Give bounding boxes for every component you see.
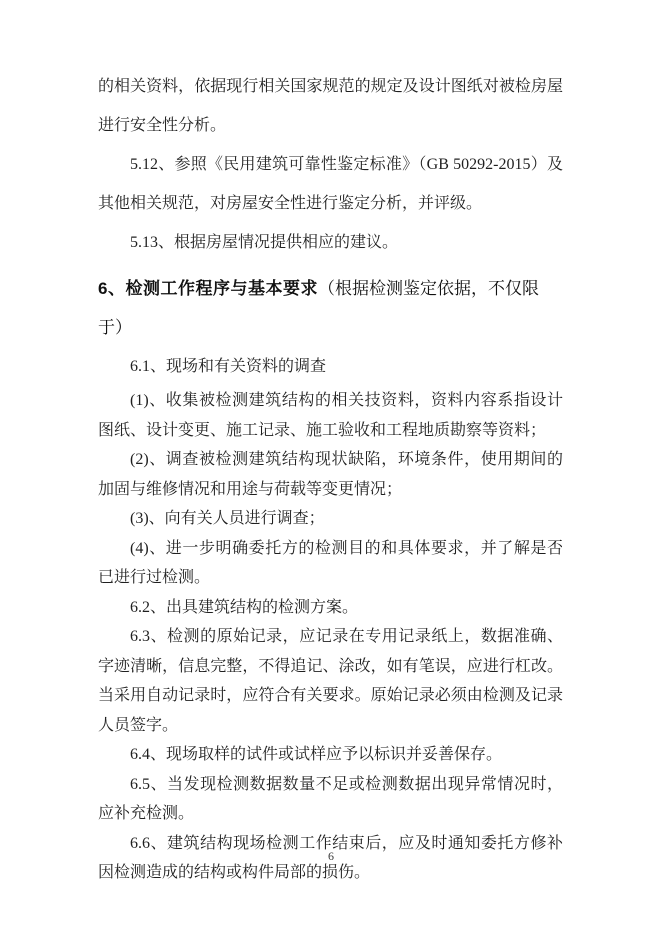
section-6-heading: 6、检测工作程序与基本要求（根据检测鉴定依据，不仅限于） xyxy=(98,269,563,347)
para-item-1: (1)、收集被检测建筑结构的相关技资料，资料内容系指设计图纸、设计变更、施工记录… xyxy=(98,386,563,445)
section-6-heading-title: 检测工作程序与基本要求 xyxy=(125,279,318,298)
para-continuation: 的相关资料，依据现行相关国家规范的规定及设计图纸对被检房屋进行安全性分析。 xyxy=(98,67,563,145)
para-5-13: 5.13、根据房屋情况提供相应的建议。 xyxy=(98,223,563,262)
para-6-3: 6.3、检测的原始记录，应记录在专用记录纸上，数据准确、字迹清晰，信息完整，不得… xyxy=(98,622,563,740)
para-item-4: (4)、进一步明确委托方的检测目的和具体要求，并了解是否已进行过检测。 xyxy=(98,534,563,593)
page-number: 6 xyxy=(0,849,662,864)
para-6-4: 6.4、现场取样的试件或试样应予以标识并妥善保存。 xyxy=(98,740,563,770)
para-item-3: (3)、向有关人员进行调查； xyxy=(98,504,563,534)
para-6-5: 6.5、当发现检测数据数量不足或检测数据出现异常情况时，应补充检测。 xyxy=(98,770,563,829)
para-5-12: 5.12、参照《民用建筑可靠性鉴定标准》（GB 50292-2015）及其他相关… xyxy=(98,145,563,223)
section-6-heading-number: 6、 xyxy=(98,279,125,298)
para-6-1: 6.1、现场和有关资料的调查 xyxy=(98,347,563,386)
para-6-2: 6.2、出具建筑结构的检测方案。 xyxy=(98,593,563,623)
para-item-2: (2)、调查被检测建筑结构现状缺陷，环境条件，使用期间的加固与维修情况和用途与荷… xyxy=(98,445,563,504)
document-page: 的相关资料，依据现行相关国家规范的规定及设计图纸对被检房屋进行安全性分析。 5.… xyxy=(0,0,662,936)
